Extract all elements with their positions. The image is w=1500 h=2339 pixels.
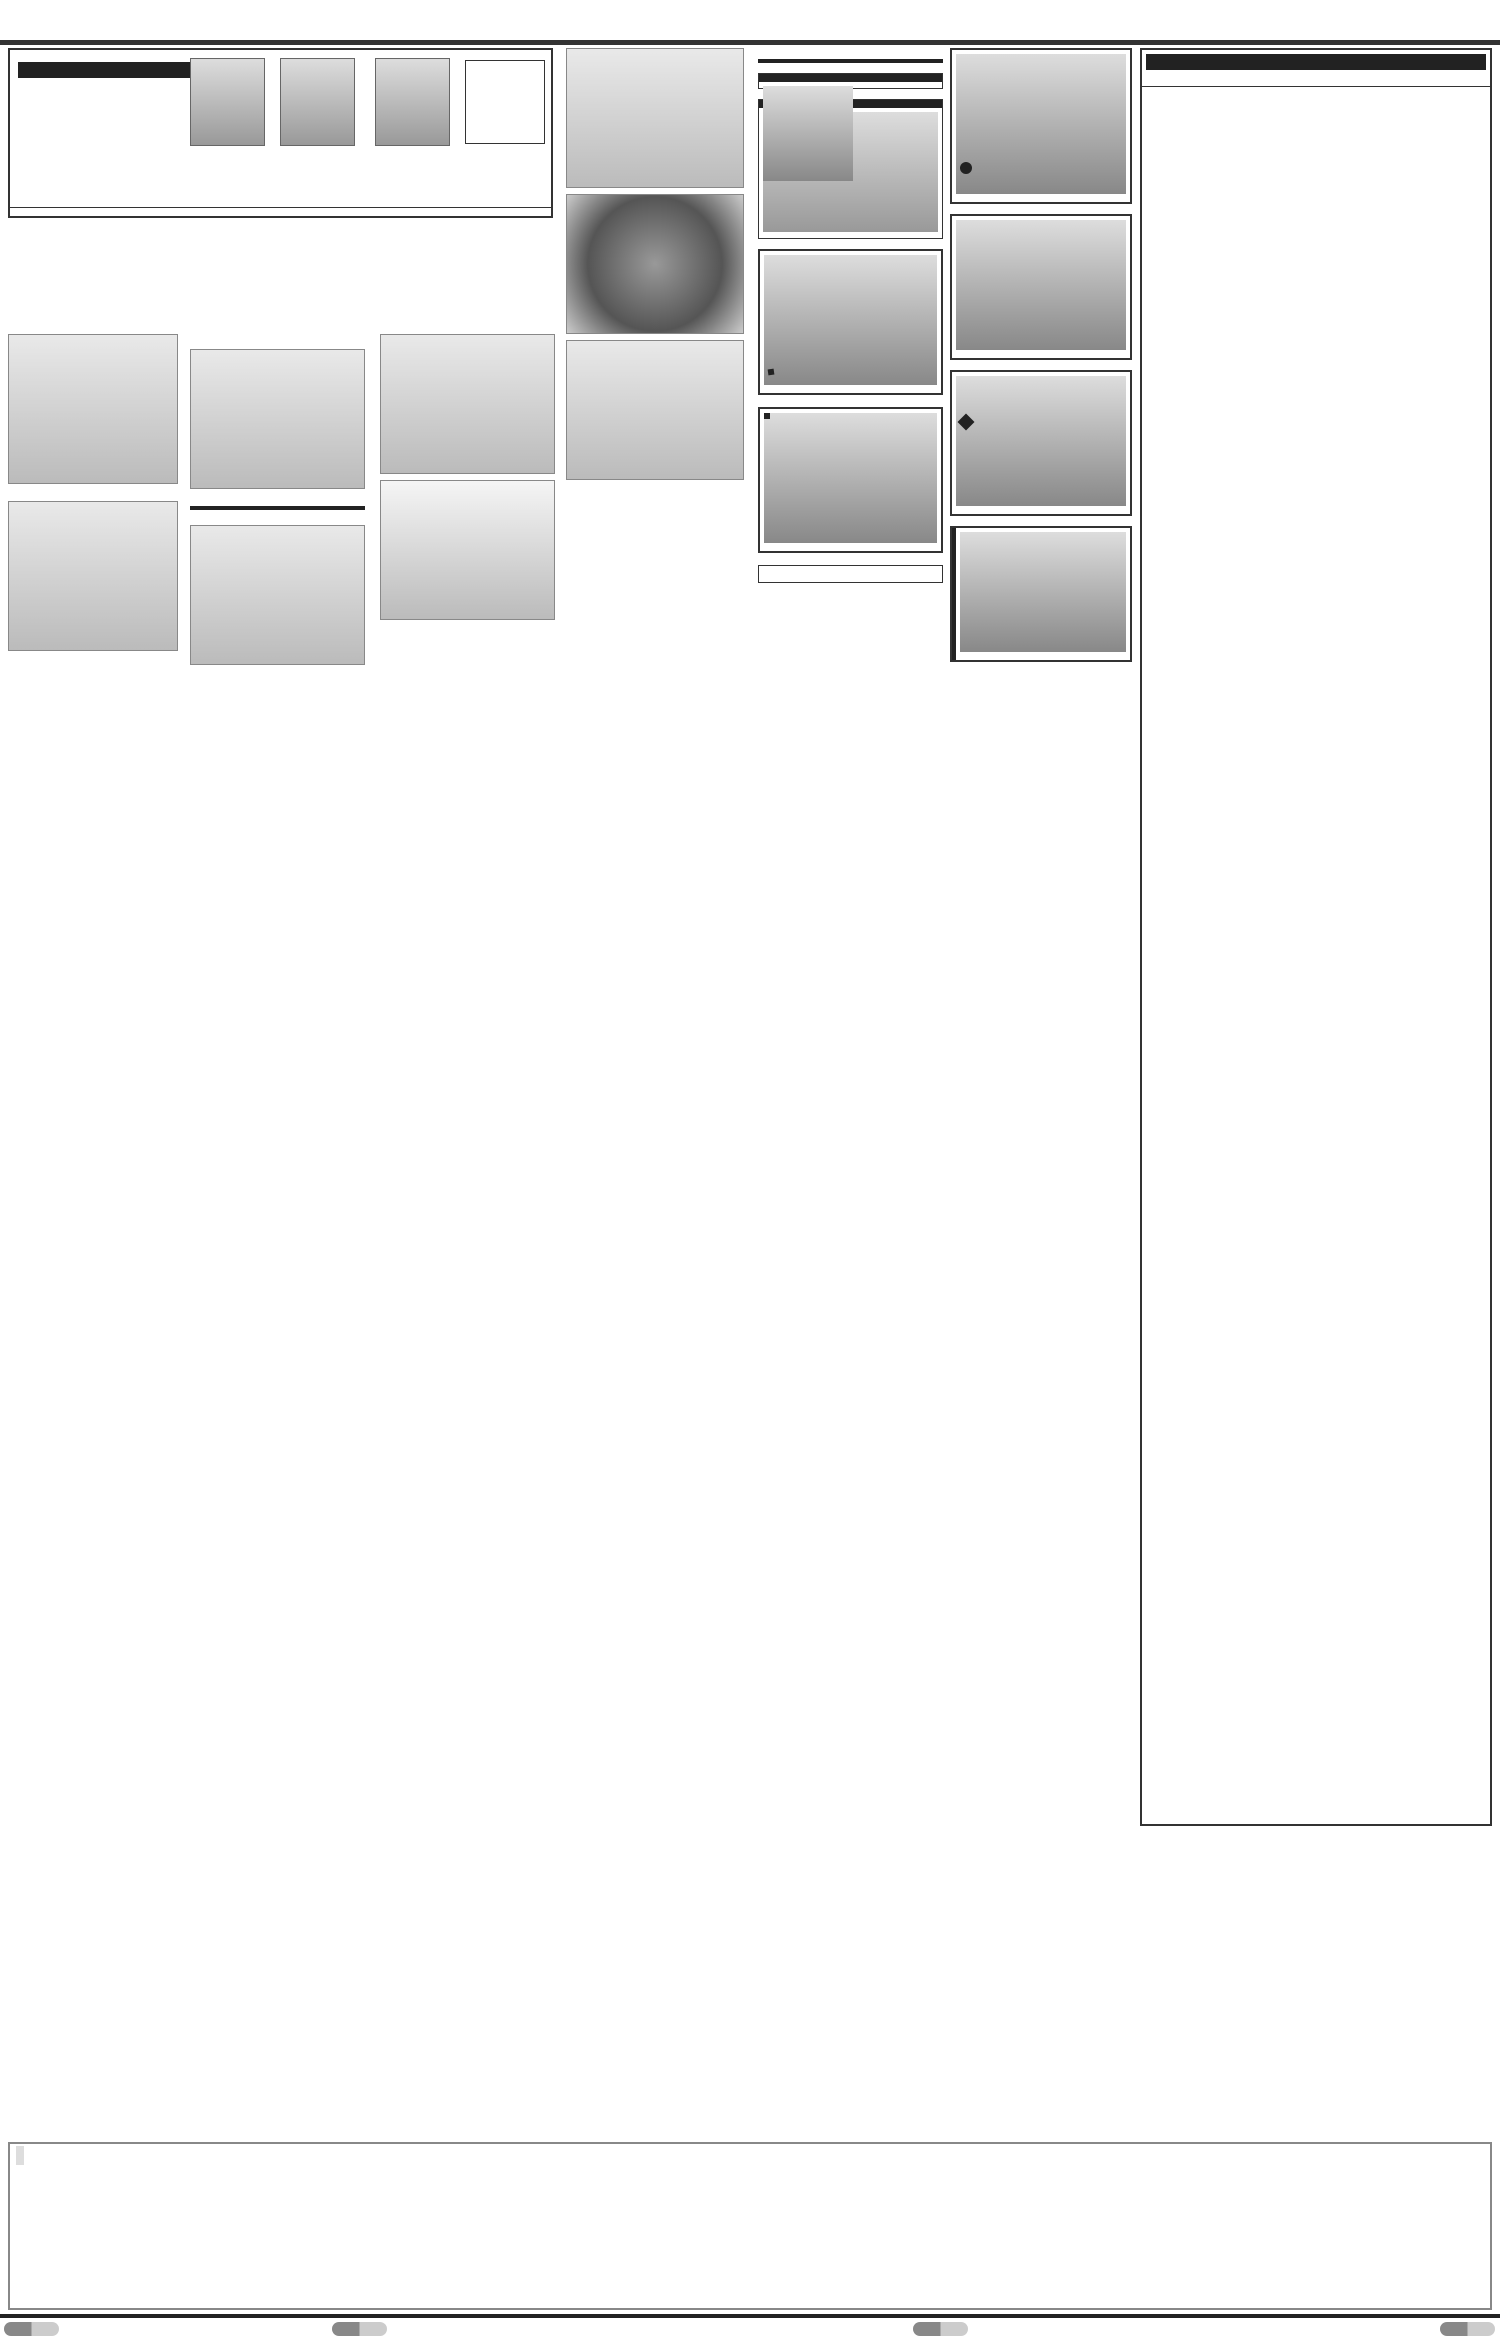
child-photo: [375, 58, 450, 146]
birthday-wish-2: [950, 214, 1132, 360]
classified-ad: [758, 48, 943, 53]
real-estate-banner: [8, 501, 178, 651]
column-business: [566, 48, 744, 486]
column-rent-services: [380, 334, 555, 626]
horoscope-author: [1142, 74, 1490, 87]
column-notices: [758, 48, 943, 583]
child-photo: [190, 58, 265, 146]
business-banner: [566, 48, 744, 188]
health-care-banner: [380, 480, 555, 620]
classified-ad: [8, 490, 178, 495]
automobile-banner: [8, 334, 178, 484]
classified-ad: [190, 495, 365, 500]
lilawati-photo: [960, 532, 1126, 652]
coupon-terms: [10, 207, 551, 216]
birthday-wish-3: [950, 370, 1132, 516]
booking-centres-footer: [8, 2142, 1492, 2310]
construction-banner: [190, 349, 365, 489]
classified-ad: [190, 338, 365, 343]
bottom-rule: [0, 2314, 1500, 2318]
birthday-wish-lilawati: [950, 526, 1132, 662]
doctorate-photo: [763, 86, 853, 181]
birthday-wish-ravi-nayak: [758, 249, 943, 395]
registration-mark: [1440, 2322, 1495, 2336]
column-wishes-news: [950, 48, 1132, 672]
registration-mark: [913, 2322, 968, 2336]
column-property: [190, 334, 365, 671]
reader-notice: [758, 565, 943, 583]
registration-mark: [4, 2322, 59, 2336]
photo-placeholder: [465, 60, 545, 144]
doctorate-notice: [758, 73, 943, 89]
coupon-title: [18, 62, 218, 78]
classified-ad: [190, 514, 365, 519]
general-bar: [190, 506, 365, 510]
top-rule: [0, 40, 1500, 45]
column-automobile-realestate: [8, 334, 178, 657]
birthday-wish-1: [950, 48, 1132, 204]
lost-bar: [758, 59, 943, 63]
tolet-banner: [190, 525, 365, 665]
horoscope-note: [1142, 87, 1490, 91]
birthday-wish-ravi-prasad: [758, 407, 943, 553]
horoscope-box: [1140, 48, 1492, 1826]
child-photo: [280, 58, 355, 146]
footer-title: [16, 2146, 24, 2165]
birthday-coupon: [8, 48, 553, 218]
loan-banner: [566, 340, 744, 480]
registration-mark: [332, 2322, 387, 2336]
horoscope-title: [1146, 54, 1486, 70]
classified-logo: [8, 225, 553, 325]
packers-banner: [380, 334, 555, 474]
astrology-banner: [566, 194, 744, 334]
